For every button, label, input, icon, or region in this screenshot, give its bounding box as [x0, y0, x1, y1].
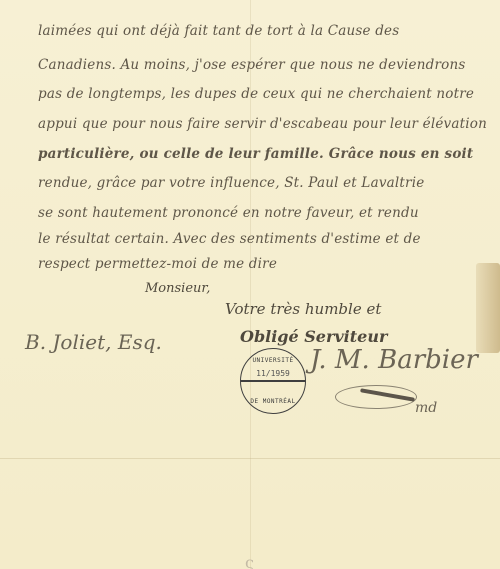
signature-suffix: md [415, 400, 437, 416]
body-line: se sont hautement prononcé en notre fave… [38, 205, 419, 221]
body-line: le résultat certain. Avec des sentiments… [38, 231, 421, 247]
stamp-date: 11/1959 [241, 369, 305, 378]
bottom-mark: ς [245, 553, 254, 569]
body-line: respect permettez-moi de me dire [38, 256, 277, 272]
body-line: laimées qui ont déjà fait tant de tort à… [38, 23, 399, 39]
letter-page: laimées qui ont déjà fait tant de tort à… [0, 0, 500, 569]
university-stamp: UNIVERSITÉ 11/1959 DE MONTRÉAL [240, 348, 306, 414]
salutation: Monsieur, [145, 281, 210, 296]
stamp-top-text: UNIVERSITÉ [241, 357, 305, 364]
body-line: rendue, grâce par votre influence, St. P… [38, 175, 424, 191]
tape-remnant [476, 263, 500, 353]
closing-line-2: Obligé Serviteur [240, 327, 387, 346]
body-line: Canadiens. Au moins, j'ose espérer que n… [38, 57, 465, 73]
body-line: particulière, ou celle de leur famille. … [38, 146, 473, 162]
body-line: appui que pour nous faire servir d'escab… [38, 116, 487, 132]
stamp-divider [241, 380, 305, 382]
stamp-bottom-text: DE MONTRÉAL [241, 398, 305, 405]
signature: J. M. Barbier [310, 345, 478, 375]
closing-line-1: Votre très humble et [225, 300, 381, 318]
addressee: B. Joliet, Esq. [25, 330, 162, 354]
body-line: pas de longtemps, les dupes de ceux qui … [38, 86, 474, 102]
